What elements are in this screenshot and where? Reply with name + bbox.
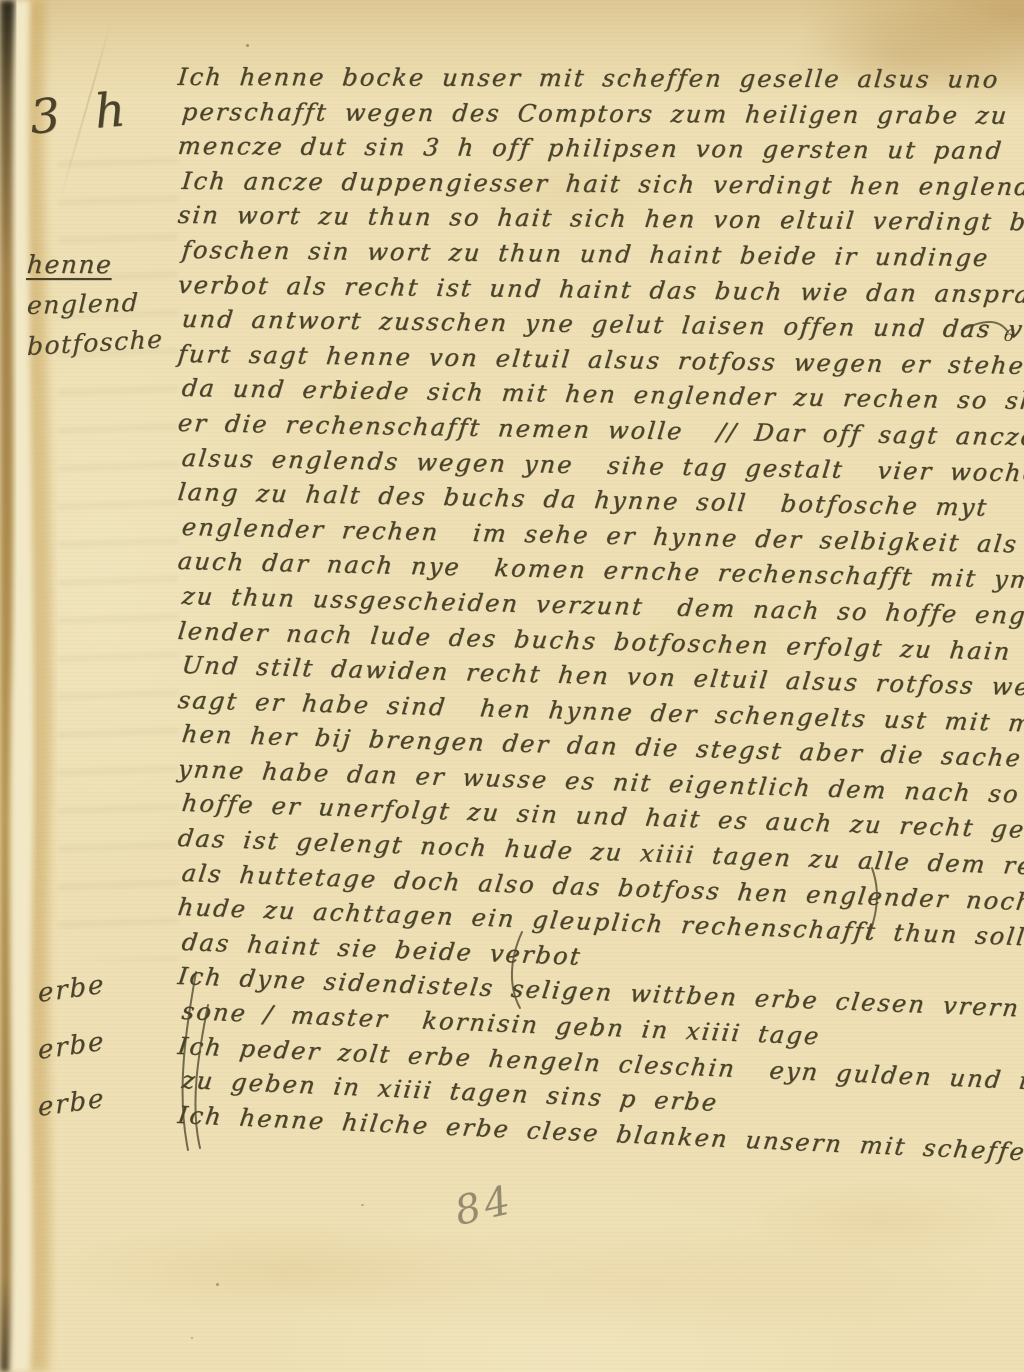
margin-party-notes: henneenglendbotfosche bbox=[27, 244, 177, 367]
ink-speck bbox=[361, 1204, 364, 1206]
main-text-block: Ich henne bocke unser mit scheffen gesel… bbox=[178, 60, 1023, 1132]
ink-speck bbox=[216, 1283, 219, 1286]
margin-case-mark: 3 h bbox=[28, 82, 138, 146]
ink-speck bbox=[246, 44, 249, 47]
edge-shadow-band bbox=[0, 0, 52, 1372]
text-line: Ich henne bocke unser mit scheffen gesel… bbox=[176, 60, 1024, 97]
ink-speck bbox=[191, 1337, 193, 1339]
margin-erbe-notes: erbeerbeerbe bbox=[38, 966, 148, 1137]
text-line: mencze dut sin 3 h off philipsen von ger… bbox=[176, 129, 1024, 169]
edge-dark-sliver bbox=[0, 0, 15, 1372]
folio-number: 84 bbox=[451, 1177, 519, 1235]
edge-pale-ridge bbox=[0, 0, 34, 1372]
manuscript-page: 3 h henneenglendbotfosche erbeerbeerbe I… bbox=[0, 0, 1024, 1372]
text-line: perschafft wegen des Comptors zum heilig… bbox=[180, 95, 1024, 133]
margin-note: botfosche bbox=[27, 318, 177, 367]
margin-note: henne bbox=[26, 244, 179, 285]
